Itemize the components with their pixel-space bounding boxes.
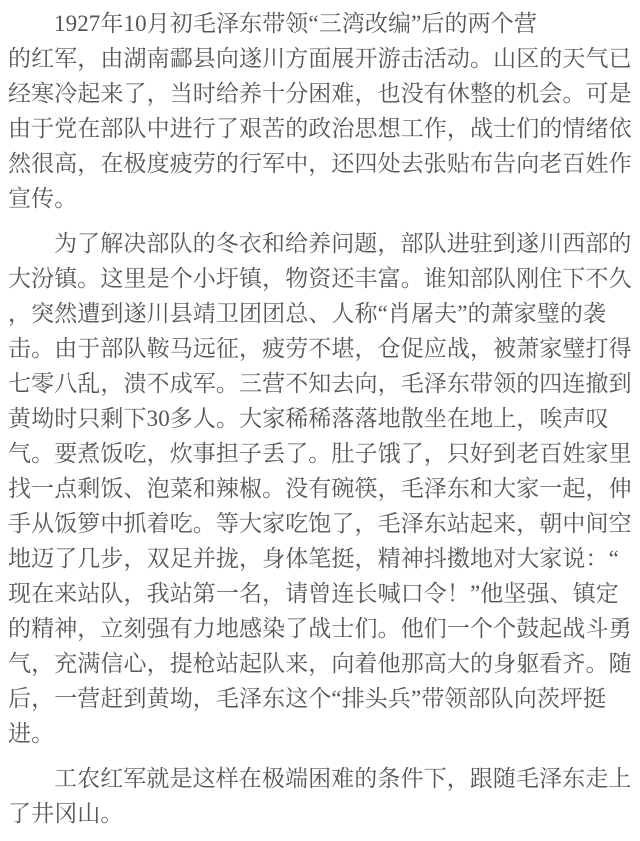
text-line: 为了解决部队的冬衣和给养问题，部队进驻到遂川西部的 [8,226,632,261]
text-line: 宣传。 [8,181,632,216]
text-line: 七零八乱，溃不成军。三营不知去向，毛泽东带领的四连撤到 [8,366,632,401]
text-line: 击。由于部队鞍马远征，疲劳不堪，仓促应战，被萧家璧打得 [8,331,632,366]
text-line: 工农红军就是这样在极端困难的条件下，跟随毛泽东走上 [8,761,632,796]
text-line: 经寒冷起来了，当时给养十分困难，也没有休整的机会。可是 [8,76,632,111]
text-line: 气。要煮饭吃，炊事担子丢了。肚子饿了，只好到老百姓家里 [8,436,632,471]
text-line: 由于党在部队中进行了艰苦的政治思想工作，战士们的情绪依 [8,111,632,146]
paragraph-2: 为了解决部队的冬衣和给养问题，部队进驻到遂川西部的 大汾镇。这里是个小圩镇，物资… [8,226,632,751]
text-line: 黄坳时只剩下30多人。大家稀稀落落地散坐在地上，唉声叹 [8,401,632,436]
paragraph-1: 1927年10月初毛泽东带领“三湾改编”后的两个营 的红军，由湖南酃县向遂川方面… [8,6,632,216]
text-line: ，突然遭到遂川县靖卫团团总、人称“肖屠夫”的萧家璧的袭 [8,296,632,331]
text-line: 手从饭箩中抓着吃。等大家吃饱了，毛泽东站起来，朝中间空 [8,506,632,541]
text-line: 了井冈山。 [8,796,632,831]
text-line: 气，充满信心，提枪站起队来，向着他那高大的身躯看齐。随 [8,646,632,681]
text-line: 的精神，立刻强有力地感染了战士们。他们一个个鼓起战斗勇 [8,611,632,646]
paragraph-3: 工农红军就是这样在极端困难的条件下，跟随毛泽东走上 了井冈山。 [8,761,632,831]
text-line: 大汾镇。这里是个小圩镇，物资还丰富。谁知部队刚住下不久 [8,261,632,296]
text-line: 1927年10月初毛泽东带领“三湾改编”后的两个营 [8,6,632,41]
text-line: 现在来站队，我站第一名，请曾连长喊口令！”他坚强、镇定 [8,576,632,611]
text-line: 的红军，由湖南酃县向遂川方面展开游击活动。山区的天气已 [8,41,632,76]
text-line: 地迈了几步，双足并拢，身体笔挺，精神抖擞地对大家说：“ [8,541,632,576]
text-line: 然很高，在极度疲劳的行军中，还四处去张贴布告向老百姓作 [8,146,632,181]
text-line: 后，一营赶到黄坳，毛泽东这个“排头兵”带领部队向茨坪挺 [8,681,632,716]
document-page: 1927年10月初毛泽东带领“三湾改编”后的两个营 的红军，由湖南酃县向遂川方面… [0,0,640,841]
text-line: 进。 [8,716,632,751]
text-line: 找一点剩饭、泡菜和辣椒。没有碗筷，毛泽东和大家一起，伸 [8,471,632,506]
